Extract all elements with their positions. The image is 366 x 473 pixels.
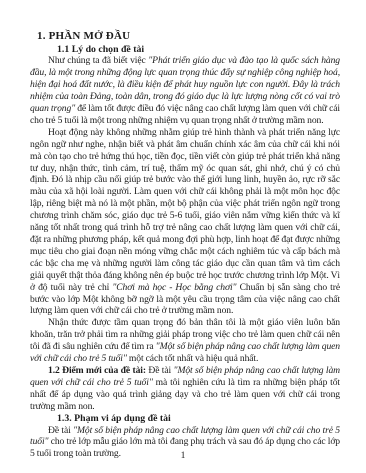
paragraph-intro-quote: Như chúng ta đã biết việc "Phát triển gi… [30,55,340,126]
paragraph-activity-benefits: Hoạt động này không những nhằm giúp trẻ … [30,127,340,318]
section-title: 1. PHẦN MỞ ĐẦU [37,30,340,43]
quoted-play-learn-text: "Chơi mà học - Học bằng chơi" [112,282,236,293]
paragraph-new-points-of-topic: 1.2 Điểm mới của đề tài: Đề tài "Một số … [30,365,340,413]
text-run: Như chúng ta đã biết việc [48,55,148,66]
document-page: 1. PHẦN MỞ ĐẦU 1.1 Lý do chọn đề tài Như… [0,0,366,473]
text-run: để làm tốt được điều đó việc nâng cao ch… [30,103,340,126]
page-number: 1 [0,450,366,461]
text-run: Đề tài [48,425,73,436]
text-run: một cách tốt nhất và hiệu quả nhất. [127,353,258,364]
heading-1-1-reason-for-topic: 1.1 Lý do chọn đề tài [30,44,340,56]
heading-1-2-inline: 1.2 Điểm mới của đề tài: [48,365,148,376]
text-run: Hoạt động này không những nhằm giúp trẻ … [30,127,340,293]
text-run: Đề tài [148,365,173,376]
heading-1-3-scope-of-application: 1.3. Phạm vi áp dụng đề tài [30,413,340,425]
paragraph-teacher-motivation: Nhận thức được tầm quan trọng đó bản thâ… [30,317,340,365]
